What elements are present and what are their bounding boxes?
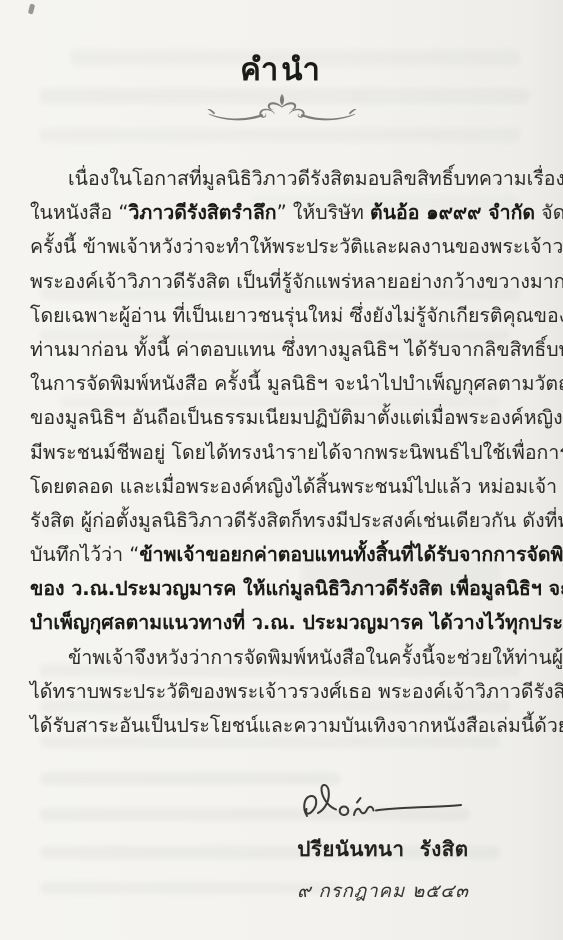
bleedthrough-line [40,128,520,142]
page-title: คำนำ [0,44,563,94]
book-page: คำนำ เนื่องในโอกาสที่มูลนิธิวิภาวดีรังสิ… [0,0,563,940]
text-line: บำเพ็ญกุศลตามแนวทางที่ ว.ณ. ประมวญมารค ไ… [30,606,535,640]
signature-date: ๙ กรกฎาคม ๒๕๔๓ [258,877,508,906]
text-line: รังสิต ผู้ก่อตั้งมูลนิธิวิภาวดีรังสิตก็ท… [30,504,535,538]
text-line: เนื่องในโอกาสที่มูลนิธิวิภาวดีรังสิตมอบล… [30,162,535,196]
text-line: ของมูลนิธิฯ อันถือเป็นธรรมเนียมปฏิบัติมา… [30,401,535,435]
text-line: พระองค์เจ้าวิภาวดีรังสิต เป็นที่รู้จักแพ… [30,265,535,299]
text-line: โดยตลอด และเมื่อพระองค์หญิงได้สิ้นพระชนม… [30,470,535,504]
text-line: ข้าพเจ้าจึงหวังว่าการจัดพิมพ์หนังสือในคร… [30,641,535,675]
text-line: ในหนังสือ “วิภาวดีรังสิตรำลึก” ให้บริษัท… [30,196,535,230]
text-line: ของ ว.ณ.ประมวญมารค ให้แก่มูลนิธิวิภาวดีร… [30,572,535,606]
signature-block: ปรียนันทนา รังสิต ๙ กรกฎาคม ๒๕๔๓ [258,775,508,906]
text-line: ได้รับสาระอันเป็นประโยชน์และความบันเทิงจ… [30,709,535,743]
text-line: โดยเฉพาะผู้อ่าน ที่เป็นเยาวชนรุ่นใหม่ ซึ… [30,299,535,333]
text-line: ครั้งนี้ ข้าพเจ้าหวังว่าจะทำให้พระประวัต… [30,230,535,264]
signer-name: ปรียนันทนา รังสิต [258,833,508,866]
text-line: ได้ทราบพระประวัติของพระเจ้าวรวงศ์เธอ พระ… [30,675,535,709]
ornament-flourish-icon [0,92,563,128]
preface-body-text: เนื่องในโอกาสที่มูลนิธิวิภาวดีรังสิตมอบล… [30,162,535,743]
text-line: ในการจัดพิมพ์หนังสือ ครั้งนี้ มูลนิธิฯ จ… [30,367,535,401]
text-line: มีพระชนม์ชีพอยู่ โดยได้ทรงนำรายได้จากพระ… [30,436,535,470]
paper-speck [28,4,35,15]
handwritten-signature-icon [293,775,473,831]
text-line: ท่านมาก่อน ทั้งนี้ ค่าตอบแทน ซึ่งทางมูลน… [30,333,535,367]
text-line: บันทึกไว้ว่า “ข้าพเจ้าขอยกค่าตอบแทนทั้งส… [30,538,535,572]
